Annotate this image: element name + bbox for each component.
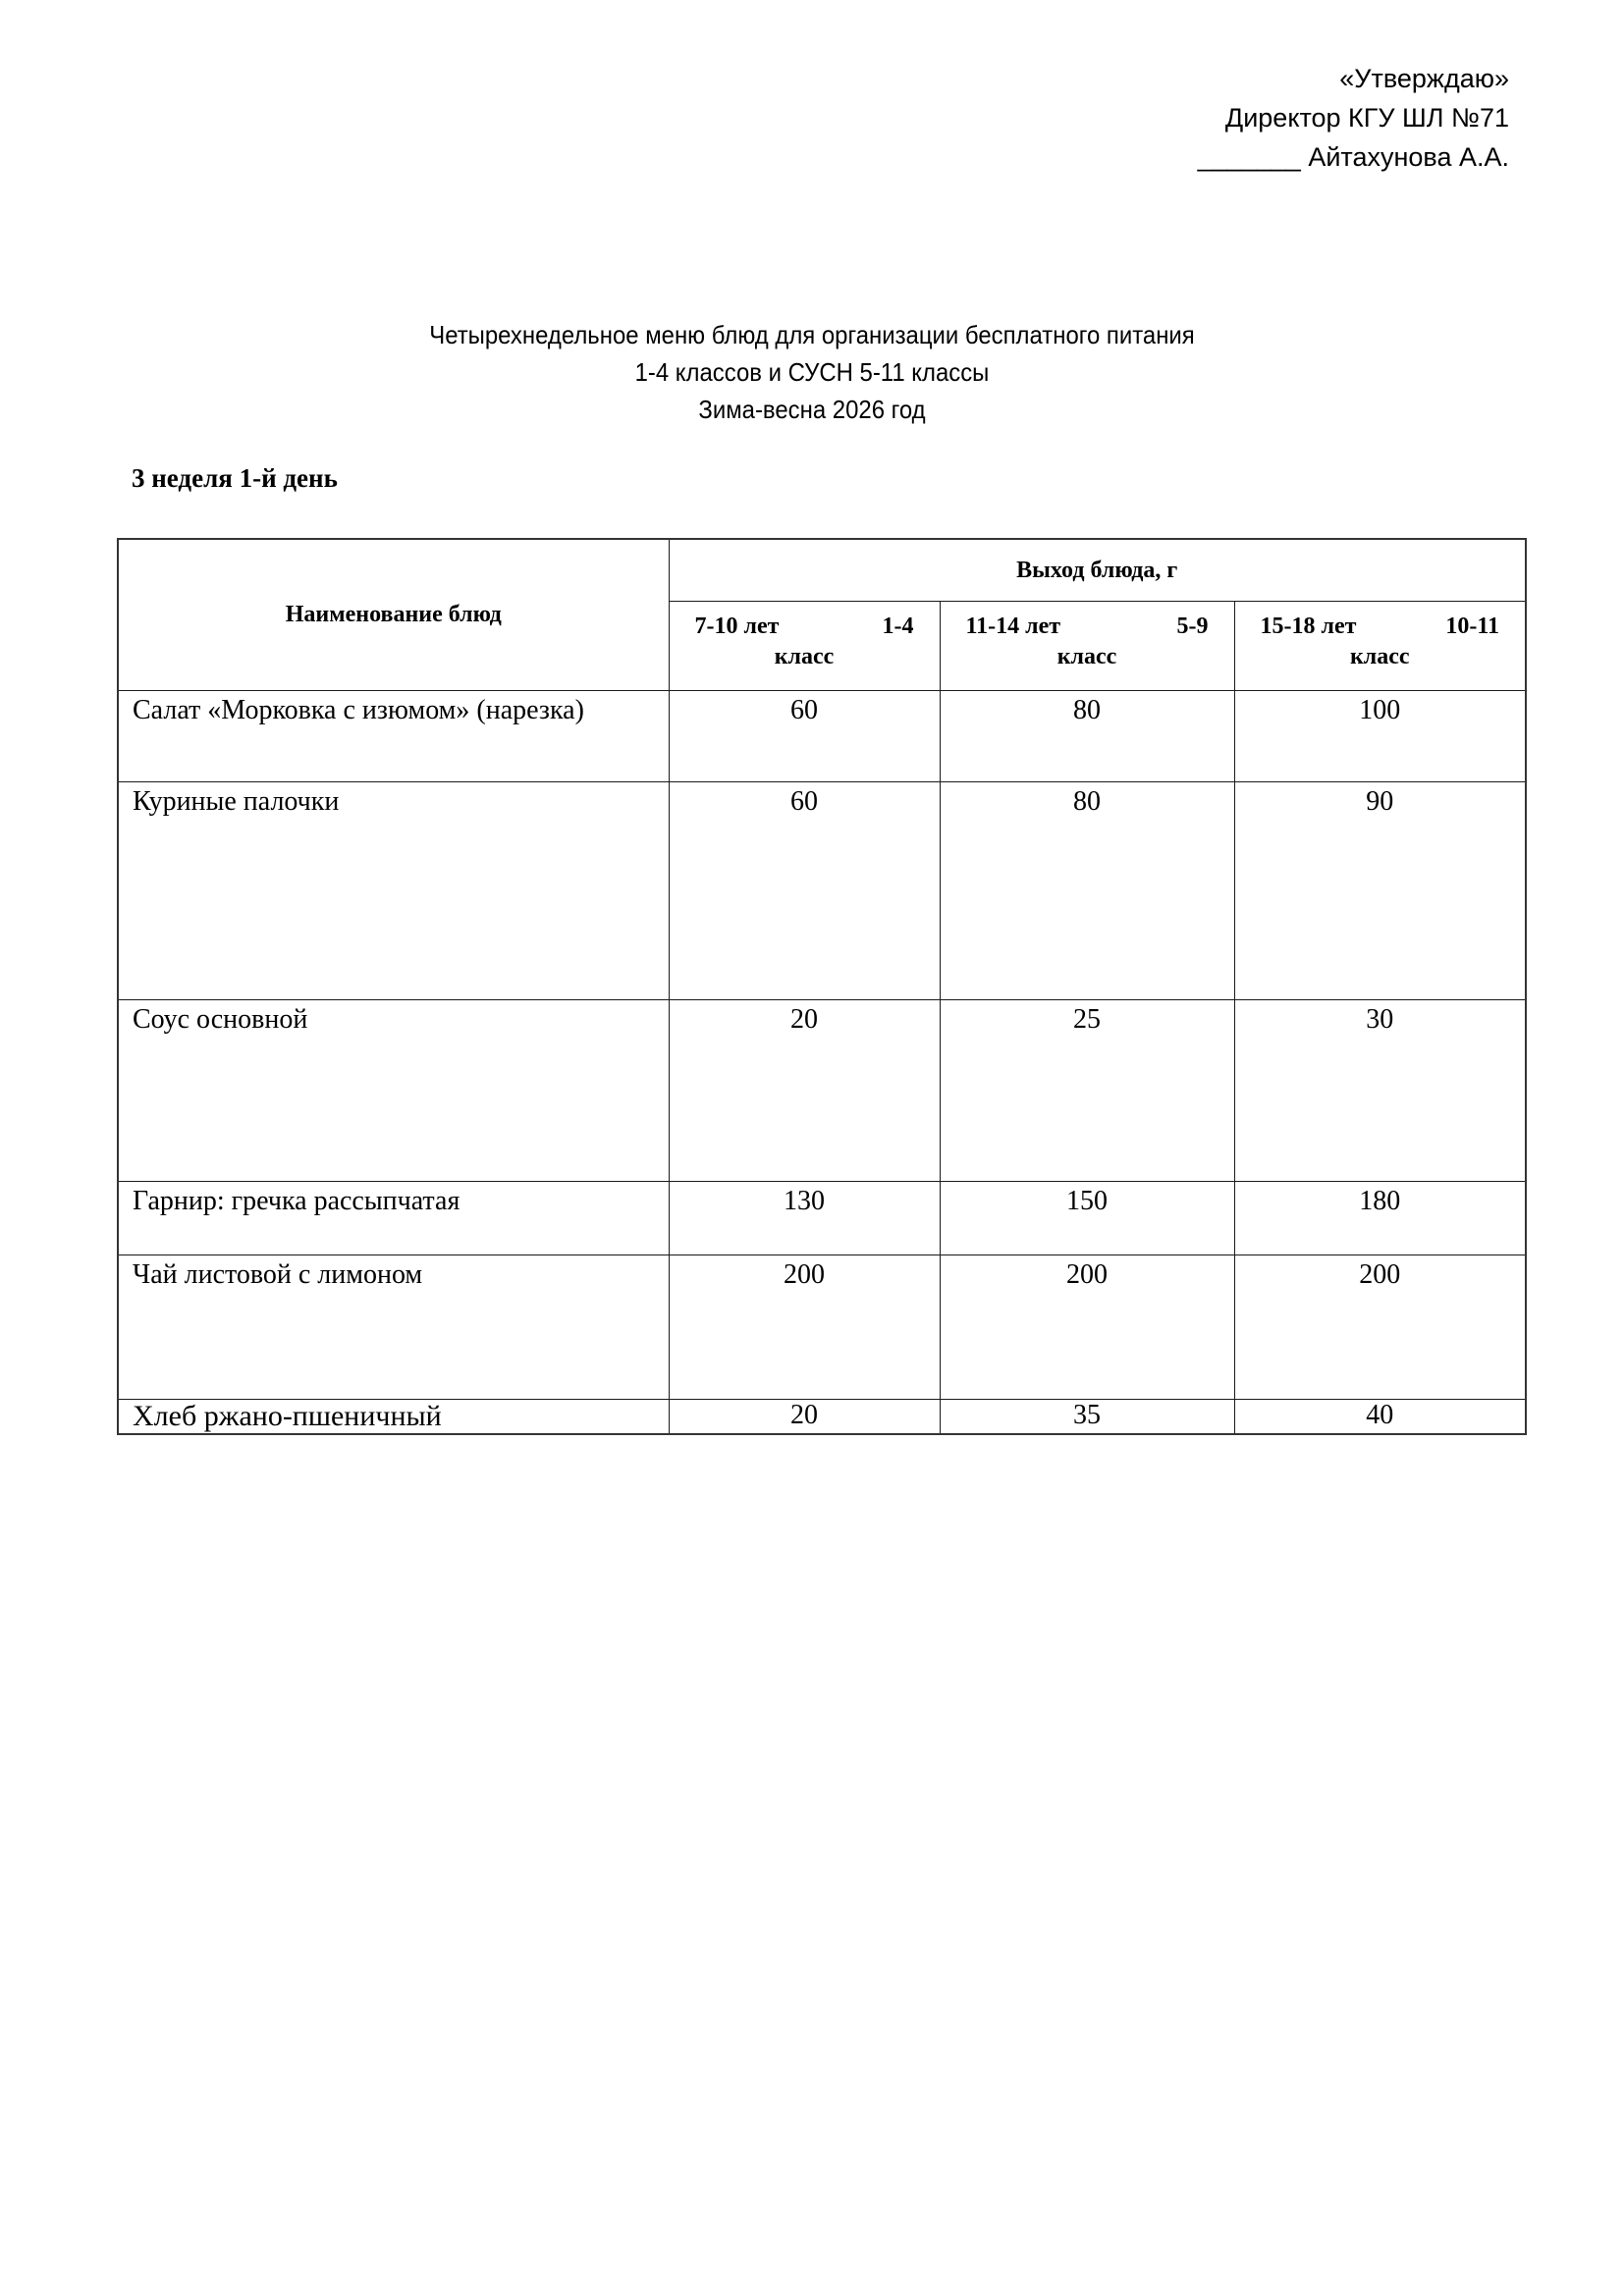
age-group-header: 7-10 лет1-4 класс — [669, 602, 940, 691]
dish-name: Чай листовой с лимоном — [118, 1255, 669, 1400]
yield-value: 180 — [1234, 1182, 1526, 1255]
approver-position: Директор КГУ ШЛ №71 — [1198, 98, 1509, 137]
title-line-2: 1-4 классов и СУСН 5-11 классы — [65, 353, 1559, 391]
approver-name: Айтахунова А.А. — [1308, 142, 1509, 172]
age-range: 11-14 лет — [966, 612, 1061, 642]
yield-value: 130 — [669, 1182, 940, 1255]
signature-blank: _______ — [1198, 137, 1301, 177]
grade-range: 5-9 — [1177, 612, 1209, 642]
yield-value: 80 — [940, 782, 1234, 1000]
grade-suffix: класс — [1235, 642, 1526, 672]
document-title: Четырехнедельное меню блюд для организац… — [65, 316, 1559, 428]
grade-range: 10-11 — [1445, 612, 1499, 642]
age-range: 15-18 лет — [1261, 612, 1357, 642]
yield-value: 30 — [1234, 1000, 1526, 1182]
yield-value: 90 — [1234, 782, 1526, 1000]
yield-value: 60 — [669, 782, 940, 1000]
dish-name: Соус основной — [118, 1000, 669, 1182]
yield-value: 80 — [940, 691, 1234, 782]
yield-value: 20 — [669, 1000, 940, 1182]
yield-value: 200 — [669, 1255, 940, 1400]
age-group-header: 15-18 лет10-11 класс — [1234, 602, 1526, 691]
yield-value: 35 — [940, 1400, 1234, 1435]
approval-block: «Утверждаю» Директор КГУ ШЛ №71 _______ … — [1198, 59, 1509, 177]
yield-value: 20 — [669, 1400, 940, 1435]
menu-table: Наименование блюд Выход блюда, г 7-10 ле… — [117, 538, 1527, 1435]
yield-value: 200 — [1234, 1255, 1526, 1400]
table-row: Гарнир: гречка рассыпчатая 130 150 180 — [118, 1182, 1526, 1255]
age-group-header: 11-14 лет5-9 класс — [940, 602, 1234, 691]
grade-range: 1-4 — [883, 612, 914, 642]
dish-name: Салат «Морковка с изюмом» (нарезка) — [118, 691, 669, 782]
yield-value: 60 — [669, 691, 940, 782]
title-line-1: Четырехнедельное меню блюд для организац… — [65, 316, 1559, 353]
table-row: Куриные палочки 60 80 90 — [118, 782, 1526, 1000]
approval-label: «Утверждаю» — [1198, 59, 1509, 98]
grade-suffix: класс — [670, 642, 940, 672]
table-row: Чай листовой с лимоном 200 200 200 — [118, 1255, 1526, 1400]
table-row: Соус основной 20 25 30 — [118, 1000, 1526, 1182]
title-line-3: Зима-весна 2026 год — [65, 391, 1559, 428]
grade-suffix: класс — [941, 642, 1234, 672]
day-heading: 3 неделя 1-й день — [132, 463, 338, 494]
approver-signature-line: _______ Айтахунова А.А. — [1198, 137, 1509, 177]
yield-value: 150 — [940, 1182, 1234, 1255]
yield-value: 25 — [940, 1000, 1234, 1182]
table-row: Салат «Морковка с изюмом» (нарезка) 60 8… — [118, 691, 1526, 782]
dish-name: Куриные палочки — [118, 782, 669, 1000]
yield-value: 100 — [1234, 691, 1526, 782]
table-row: Хлеб ржано-пшеничный 20 35 40 — [118, 1400, 1526, 1435]
dish-name: Хлеб ржано-пшеничный — [118, 1400, 669, 1435]
yield-value: 200 — [940, 1255, 1234, 1400]
dish-name-header: Наименование блюд — [118, 539, 669, 691]
dish-name: Гарнир: гречка рассыпчатая — [118, 1182, 669, 1255]
age-range: 7-10 лет — [695, 612, 780, 642]
yield-value: 40 — [1234, 1400, 1526, 1435]
yield-header: Выход блюда, г — [669, 539, 1526, 602]
